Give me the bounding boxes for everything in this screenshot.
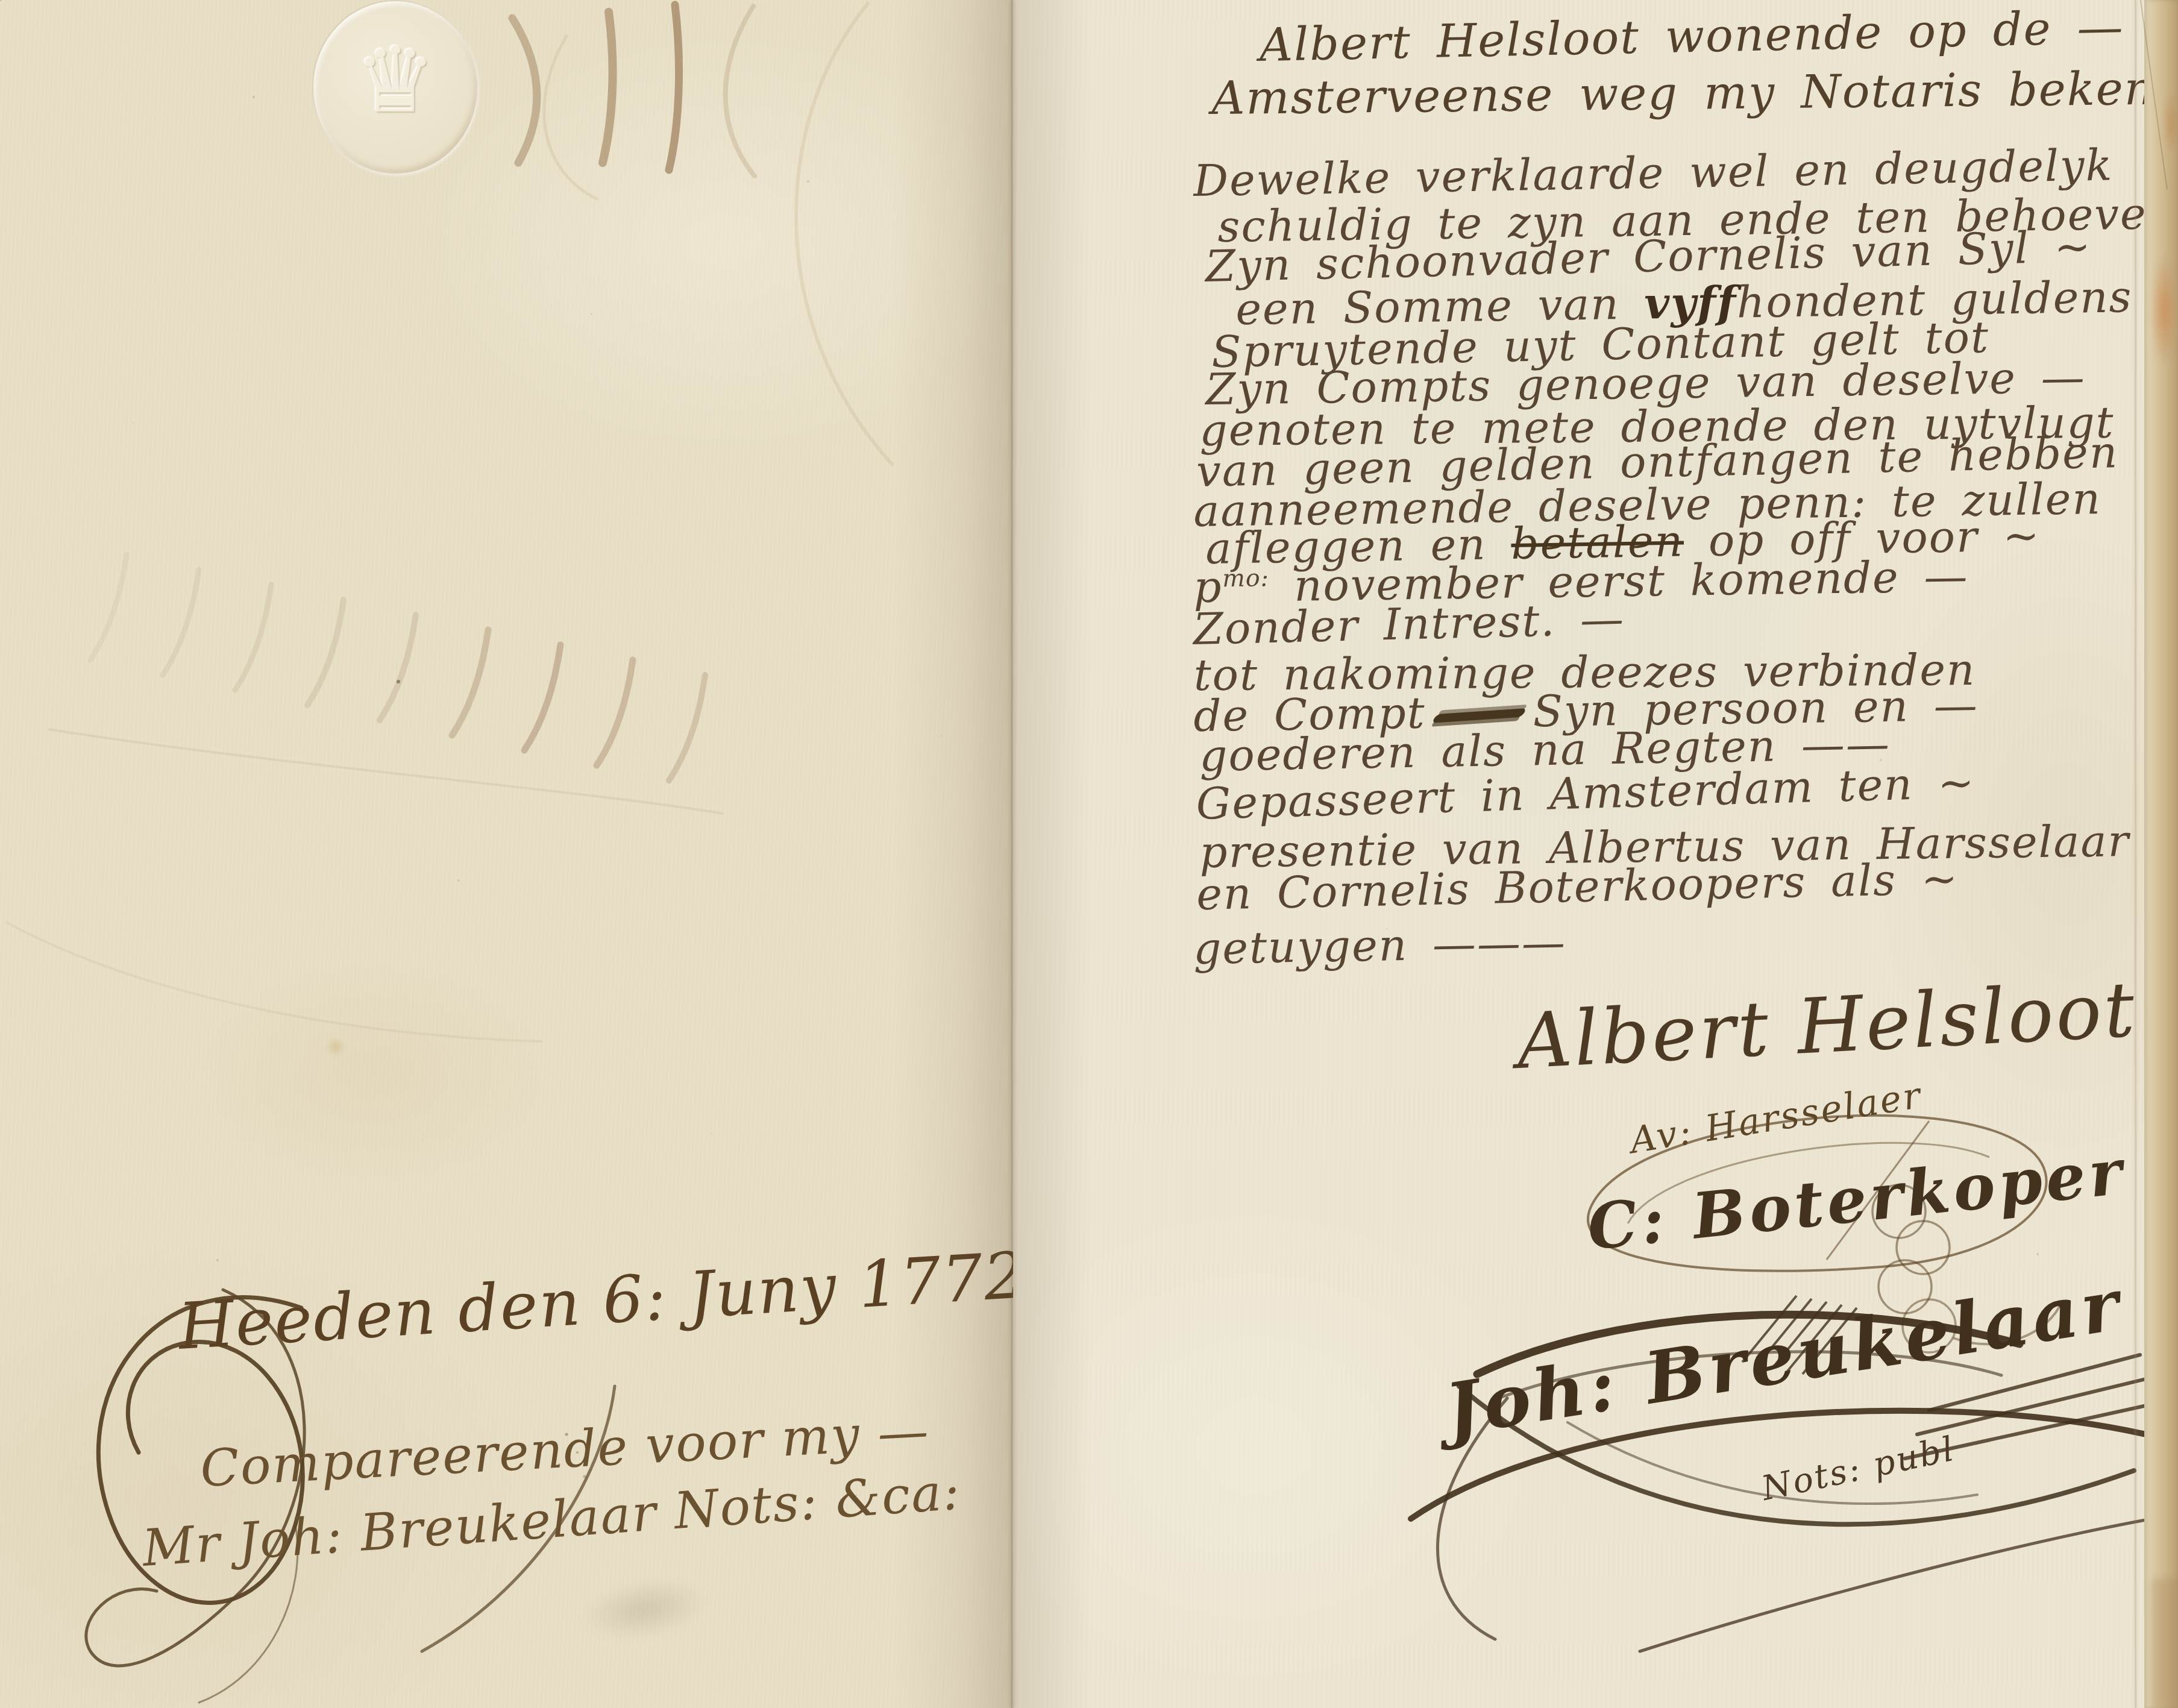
page-right: Albert Helsloot wonende op de — Amsterve…: [1013, 0, 2178, 1708]
faint-crease-arc: [0, 886, 554, 1085]
deed-line: Zonder Intrest. —: [1193, 594, 1625, 655]
foxing-specks: [0, 0, 1, 1]
embossed-paper-seal: ♛: [313, 1, 477, 174]
page-edge-crease: [2135, 0, 2136, 1708]
page-left: ♛ Heeden den 6:: [0, 0, 1013, 1708]
deed-line: getuygen ———: [1193, 917, 1567, 974]
edge-stain: [2150, 253, 2178, 368]
gutter-shadow: [892, 0, 1012, 1708]
deed-line: Albert Helsloot wonende op de —: [1259, 0, 2124, 72]
correction-blot: [1432, 708, 1528, 723]
manuscript-scan: { "document_title": "Notarial deed manus…: [0, 0, 2178, 1708]
edge-stain: [2162, 90, 2178, 157]
deed-line: Amsterveense weg my Notaris bekent: [1211, 61, 2175, 125]
foxing-stain: [325, 1038, 346, 1056]
superscript-ordinal: mo:: [1222, 564, 1269, 592]
crown-seal-icon: ♛: [355, 28, 436, 133]
gutter-shadow: [1014, 0, 1092, 1708]
ink-bleedthrough-marks: [494, 0, 952, 482]
signature-albert-helsloot: Albert Helsloot: [1514, 965, 2139, 1086]
edge-stain: [2151, 1579, 2178, 1708]
